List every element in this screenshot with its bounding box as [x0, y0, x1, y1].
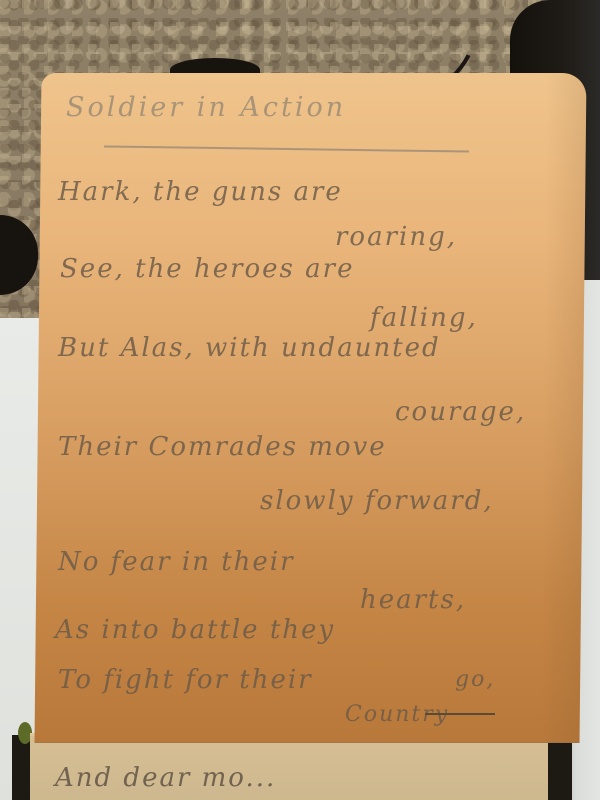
- poem-line-2: See, the heroes are: [60, 254, 354, 284]
- poem-line-7-cont: Country: [345, 702, 449, 727]
- page-shadow: [539, 73, 586, 743]
- poem-line-4: Their Comrades move: [58, 432, 387, 462]
- poem-line-5-cont: hearts,: [360, 585, 466, 615]
- next-page-first-line: And dear mo...: [55, 763, 276, 793]
- poem-line-6: As into battle they: [55, 615, 335, 645]
- poem-line-5: No fear in their: [58, 547, 295, 577]
- poem-line-6-cont: go,: [455, 667, 495, 692]
- poem-line-4-cont: slowly forward,: [260, 486, 494, 516]
- poem-line-3-cont: courage,: [395, 397, 526, 427]
- poem-title: Soldier in Action: [66, 92, 346, 123]
- poem-line-2-cont: falling,: [370, 303, 478, 333]
- poem-line-3: But Alas, with undaunted: [58, 333, 441, 363]
- poem-line-7: To fight for their: [58, 665, 313, 695]
- poem-line-1-cont: roaring,: [335, 222, 457, 252]
- country-underline: [425, 713, 495, 715]
- poem-line-1: Hark, the guns are: [58, 177, 343, 207]
